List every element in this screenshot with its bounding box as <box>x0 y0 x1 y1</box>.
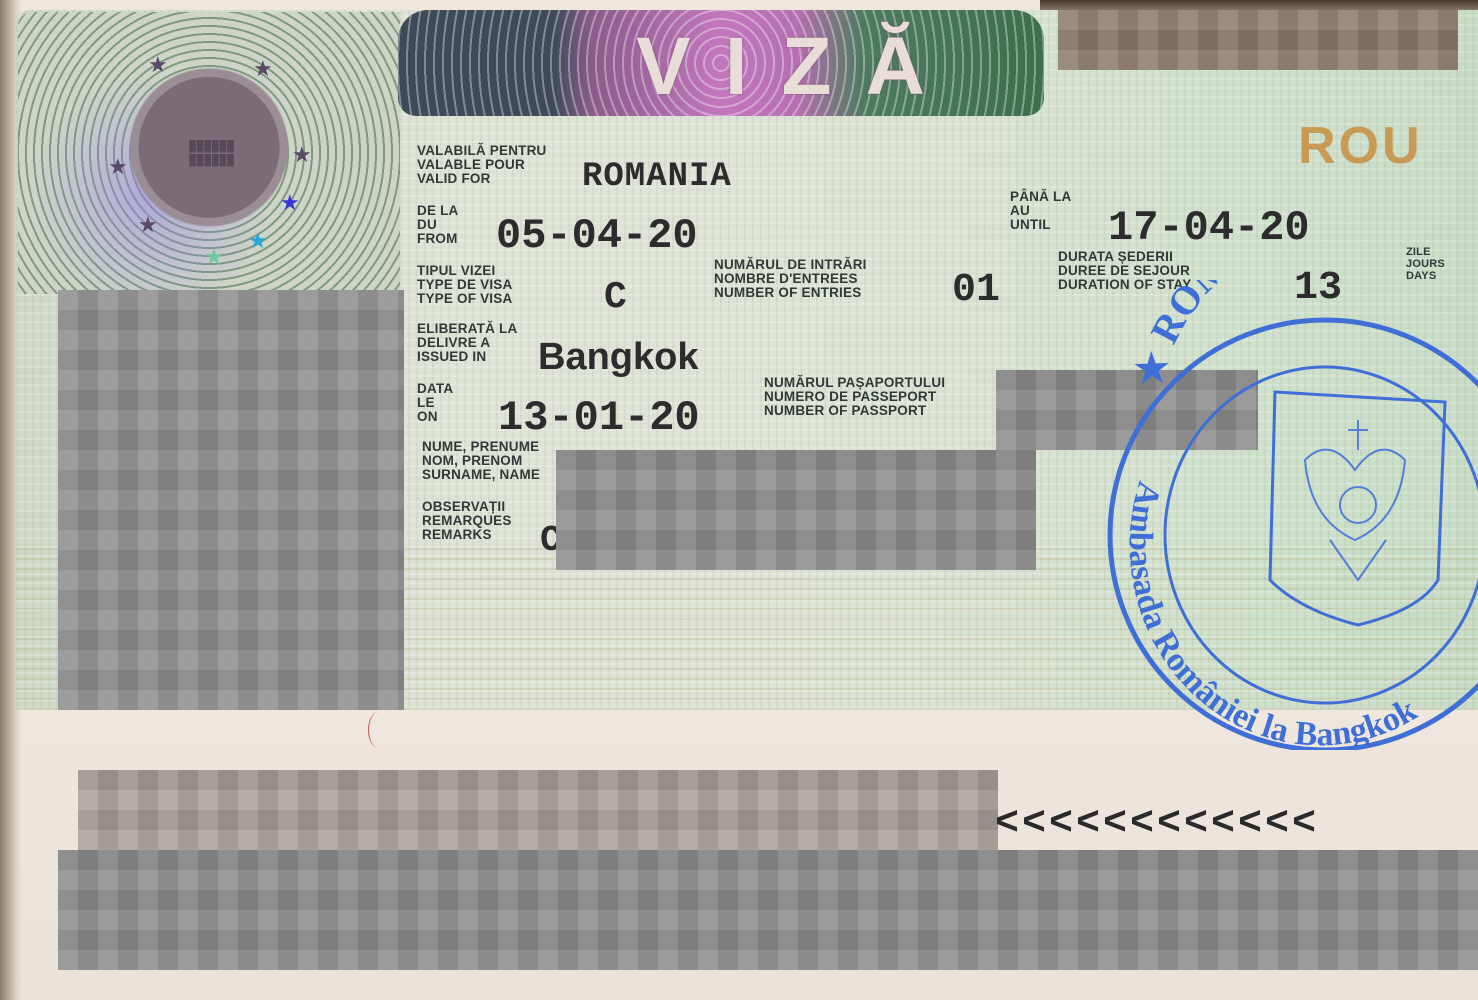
surname-name-label: NUME, PRENUME NOM, PRENOM SURNAME, NAME <box>422 440 540 482</box>
label-fr: DUREE DE SEJOUR <box>1058 264 1191 278</box>
label-en: UNTIL <box>1010 218 1071 232</box>
unit-fr: JOURS <box>1406 258 1445 270</box>
entries-label: NUMĂRUL DE INTRĂRI NOMBRE D'ENTREES NUMB… <box>714 258 867 300</box>
redacted-photo <box>58 290 404 710</box>
label-fr: REMARQUES <box>422 514 512 528</box>
label-en: NUMBER OF PASSPORT <box>764 404 945 418</box>
label-ro: VALABILĂ PENTRU <box>417 144 547 158</box>
star-icon: ★ <box>148 52 168 78</box>
label-ro: DURATA ȘEDERII <box>1058 250 1191 264</box>
star-icon: ★ <box>248 228 268 254</box>
embassy-stamp: ★ ROMÂNIA Ambasada României la Bangkok <box>1100 280 1478 750</box>
star-icon: ★ <box>292 142 312 168</box>
unit-ro: ZILE <box>1406 246 1445 258</box>
redacted-header <box>1058 10 1458 70</box>
star-icon: ★ <box>138 212 158 238</box>
issued-in-value: Bangkok <box>538 336 698 379</box>
issued-on-label: DATA LE ON <box>417 382 453 424</box>
label-ro: ELIBERATĂ LA <box>417 322 517 336</box>
label-ro: NUME, PRENUME <box>422 440 540 454</box>
visa-type-label: TIPUL VIZEI TYPE DE VISA TYPE OF VISA <box>417 264 512 306</box>
label-fr: VALABLE POUR <box>417 158 547 172</box>
svg-text:★ ROMÂNIA: ★ ROMÂNIA <box>1125 280 1329 392</box>
label-en: FROM <box>417 232 459 246</box>
until-label: PÂNĂ LA AU UNTIL <box>1010 190 1071 232</box>
entries-value: 01 <box>952 268 1000 313</box>
from-date-value: 05-04-20 <box>496 212 698 260</box>
label-fr: DU <box>417 218 459 232</box>
label-fr: AU <box>1010 204 1071 218</box>
star-icon: ★ <box>253 56 273 82</box>
label-ro: PÂNĂ LA <box>1010 190 1071 204</box>
valid-for-label: VALABILĂ PENTRU VALABLE POUR VALID FOR <box>417 144 547 186</box>
label-en: VALID FOR <box>417 172 547 186</box>
label-fr: NUMERO DE PASSEPORT <box>764 390 945 404</box>
label-fr: NOMBRE D'ENTREES <box>714 272 867 286</box>
hologram-seal-text: ▓▓▓▓▓▓ ▓▓▓▓▓▓ <box>166 140 258 170</box>
banner-title: VIZĂ <box>636 20 959 114</box>
label-fr: DELIVRE A <box>417 336 517 350</box>
hologram-seal-icon: ▓▓▓▓▓▓ ▓▓▓▓▓▓ ★ ★ ★ ★ ★ ★ ★ ★ <box>18 12 400 294</box>
star-icon: ★ <box>108 154 128 180</box>
visa-type-value: C <box>604 276 627 319</box>
until-date-value: 17-04-20 <box>1108 204 1310 252</box>
country-code: ROU <box>1298 116 1423 176</box>
label-en: ON <box>417 410 453 424</box>
remarks-label: OBSERVAȚII REMARQUES REMARKS <box>422 500 512 542</box>
from-label: DE LA DU FROM <box>417 204 459 246</box>
redacted-mrz-line-2 <box>58 850 1478 970</box>
thread-mark <box>368 712 389 748</box>
mrz-line-1-filler: <<<<<<<<<<<< <box>995 802 1319 847</box>
redacted-name <box>556 450 1036 570</box>
label-en: REMARKS <box>422 528 512 542</box>
label-fr: LE <box>417 396 453 410</box>
label-fr: NOM, PRENOM <box>422 454 540 468</box>
label-en: SURNAME, NAME <box>422 468 540 482</box>
label-ro: DATA <box>417 382 453 396</box>
passport-number-label: NUMĂRUL PAȘAPORTULUI NUMERO DE PASSEPORT… <box>764 376 945 418</box>
label-ro: NUMĂRUL PAȘAPORTULUI <box>764 376 945 390</box>
duration-unit-label: ZILE JOURS DAYS <box>1406 246 1445 282</box>
star-icon: ★ <box>280 190 300 216</box>
viza-banner: VIZĂ <box>398 10 1044 116</box>
label-en: TYPE OF VISA <box>417 292 512 306</box>
label-fr: TYPE DE VISA <box>417 278 512 292</box>
redacted-mrz-line-1 <box>78 770 998 850</box>
stamp-seal-icon: ★ ROMÂNIA Ambasada României la Bangkok <box>1100 280 1478 750</box>
label-en: ISSUED IN <box>417 350 517 364</box>
valid-for-value: ROMANIA <box>582 158 732 196</box>
label-ro: NUMĂRUL DE INTRĂRI <box>714 258 867 272</box>
label-ro: TIPUL VIZEI <box>417 264 512 278</box>
issued-on-value: 13-01-20 <box>498 394 700 442</box>
label-en: NUMBER OF ENTRIES <box>714 286 867 300</box>
issued-in-label: ELIBERATĂ LA DELIVRE A ISSUED IN <box>417 322 517 364</box>
star-icon: ★ <box>204 244 224 270</box>
label-ro: DE LA <box>417 204 459 218</box>
passport-page: ▓▓▓▓▓▓ ▓▓▓▓▓▓ ★ ★ ★ ★ ★ ★ ★ ★ VIZĂ ROU V… <box>0 0 1478 1000</box>
label-ro: OBSERVAȚII <box>422 500 512 514</box>
